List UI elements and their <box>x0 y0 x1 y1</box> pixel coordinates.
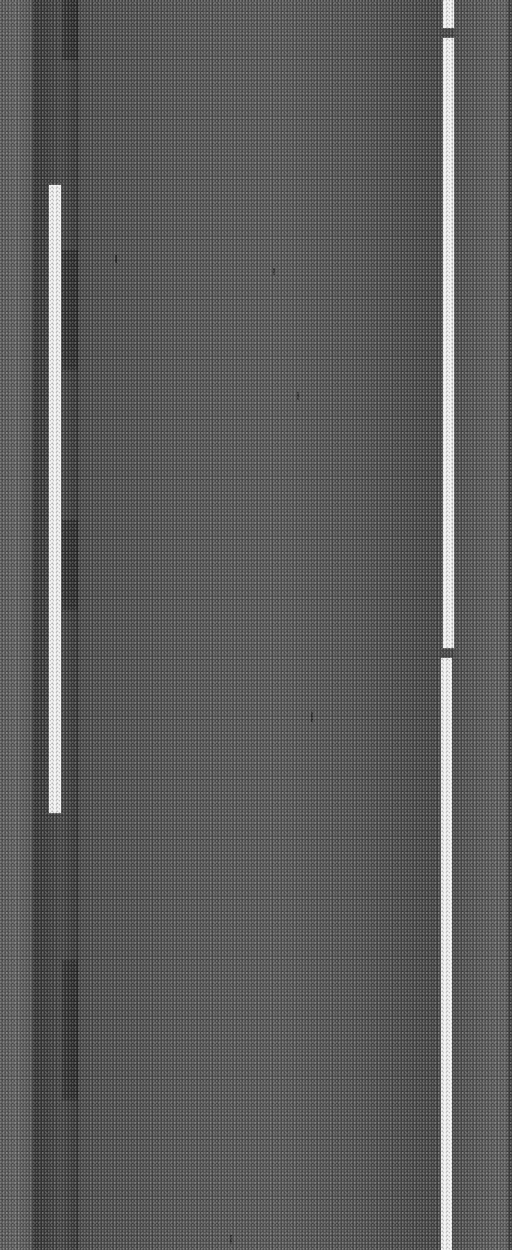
left-shoulder <box>0 0 33 1250</box>
travel-lane <box>79 0 440 1250</box>
wheel-track-patch <box>62 520 78 610</box>
right-line-top <box>443 0 454 28</box>
wheel-track-patch <box>62 0 78 60</box>
wheel-track-patch <box>62 250 78 370</box>
right-shoulder <box>455 0 512 1250</box>
surface-defect <box>297 392 299 400</box>
surface-defect <box>115 255 117 263</box>
surface-defect <box>311 712 313 722</box>
left-lane-dash <box>49 185 61 813</box>
right-line-middle <box>443 38 454 648</box>
surface-defect <box>230 1235 232 1244</box>
surface-defect <box>273 268 275 275</box>
right-line-bottom <box>441 658 452 1250</box>
pavement-image <box>0 0 512 1250</box>
wheel-track-patch <box>62 960 78 1100</box>
